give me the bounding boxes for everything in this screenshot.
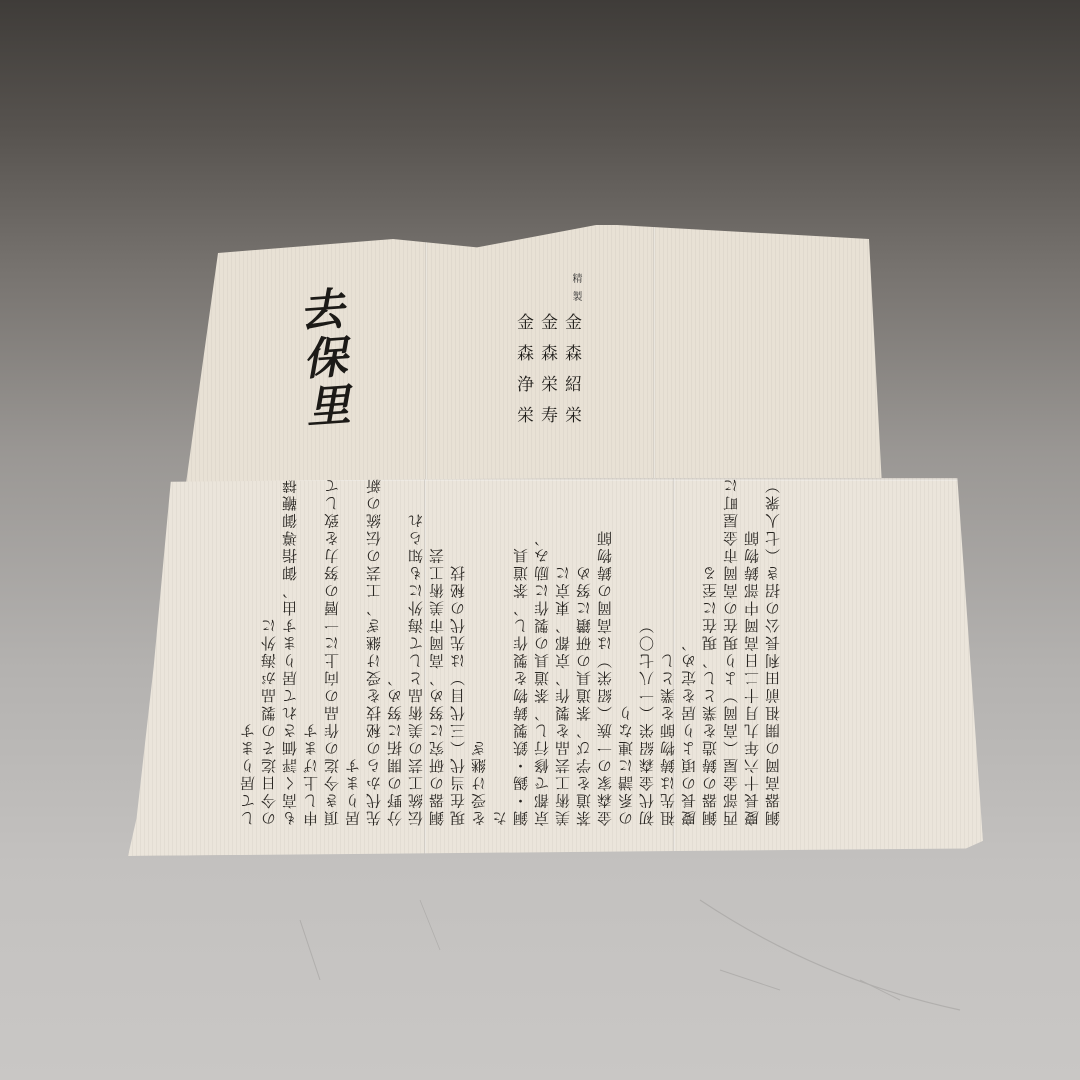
- text-column: 伝統工芸の美術品として海外にも知られ: [406, 506, 427, 826]
- text-column: の系譜に連なり: [616, 506, 637, 826]
- text-column: の今日迄その製品が海外に: [259, 506, 280, 826]
- text-column: 銅・錫・鉄製鋳物を製作し、茶道具: [511, 506, 532, 826]
- text-column: 現在当代（三代目）は先代の秘技: [448, 506, 469, 826]
- text-column: た: [490, 506, 511, 826]
- vertical-fold-line: [653, 225, 655, 505]
- text-column: 祖先は鋳物師を業とし: [658, 506, 679, 826]
- text-column: も高く評価されて居ります由、御指導御鞭撻の程お願い: [280, 506, 301, 826]
- maker-name: 金森栄寿: [537, 313, 557, 437]
- text-column: 申し上げます: [301, 506, 322, 826]
- text-column: 初代金森紹栄（一八七〇）: [637, 506, 658, 826]
- text-column: 美術工芸品を製作、京都、東京に: [553, 506, 574, 826]
- lower-panel: して居ります の今日迄その製品が海外に も高く評価されて居ります由、御指導御鞭撻…: [128, 478, 983, 856]
- text-column: 居ります: [343, 506, 364, 826]
- text-column: して居ります: [238, 506, 259, 826]
- text-column: 慶長十六年九月十二日高岡中部鋳物師: [742, 506, 763, 826]
- made-by-label: 精製: [568, 273, 583, 309]
- calligraphy-title: 去保里: [283, 285, 357, 433]
- text-column: 京都で修行し、茶道具の製作に励み、: [532, 506, 553, 826]
- text-column: 分野の開拓に努め、: [385, 506, 406, 826]
- text-column: 西部金屋（高岡）より現在の高岡市金屋町に: [721, 506, 742, 826]
- maker-name: 金森紹栄: [561, 313, 581, 437]
- maker-name: 金森浄栄: [513, 313, 533, 437]
- text-column: 銅器の鋳造を業とし、現在に至る: [700, 506, 721, 826]
- vertical-fold-line: [425, 225, 427, 505]
- text-column: 慶長の頃より居を定め、: [679, 506, 700, 826]
- text-column: 先代からの秘技を受け継ぎ、工芸の伝統の新しい: [364, 506, 385, 826]
- maker-names: 金森紹栄 金森栄寿 金森浄栄: [513, 313, 581, 437]
- upper-panel: 去保里 精製 金森紹栄 金森栄寿 金森浄栄: [183, 225, 883, 505]
- text-column: を受け継ぎ: [469, 506, 490, 826]
- text-column: 金森家の一族（紹栄）は高岡の鋳物師: [595, 506, 616, 826]
- table-surface-scratches: [0, 860, 1080, 1080]
- text-column: 茶道を学び、茶道具の研鑽に努め: [574, 506, 595, 826]
- text-column: 頂き今迄の作品の向上に一層の努力を致して: [322, 506, 343, 826]
- upside-down-body-text: して居ります の今日迄その製品が海外に も高く評価されて居ります由、御指導御鞭撻…: [238, 506, 958, 826]
- text-column: 銅器の研究に努め、高岡市美術工芸: [427, 506, 448, 826]
- text-column: 銅器高岡の開祖前田利長公の招き（七人衆）: [763, 506, 784, 826]
